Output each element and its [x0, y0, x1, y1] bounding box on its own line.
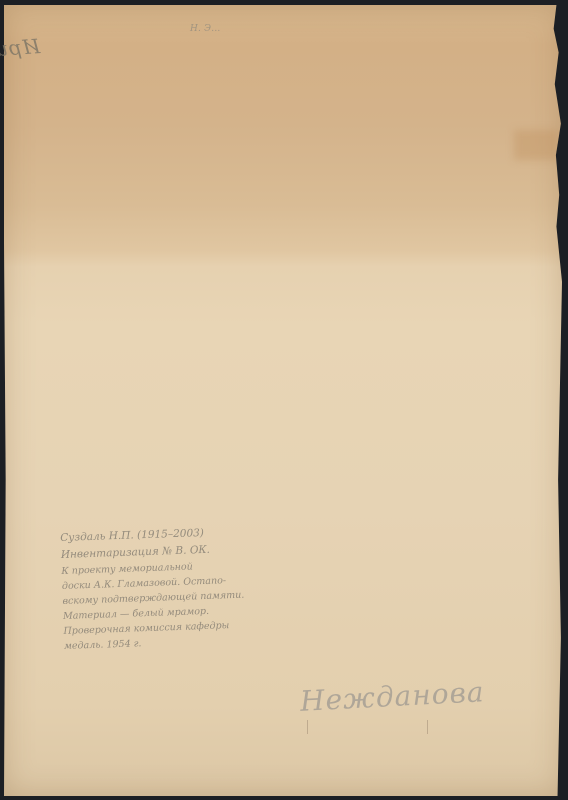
archival-inscription: Суздаль Н.П. (1915–2003) Инвентаризация …	[60, 524, 234, 654]
top-pencil-note: Н. Э...	[190, 24, 220, 34]
pencil-tick	[427, 720, 428, 734]
paper-stain	[514, 130, 559, 160]
pencil-tick	[307, 720, 308, 734]
